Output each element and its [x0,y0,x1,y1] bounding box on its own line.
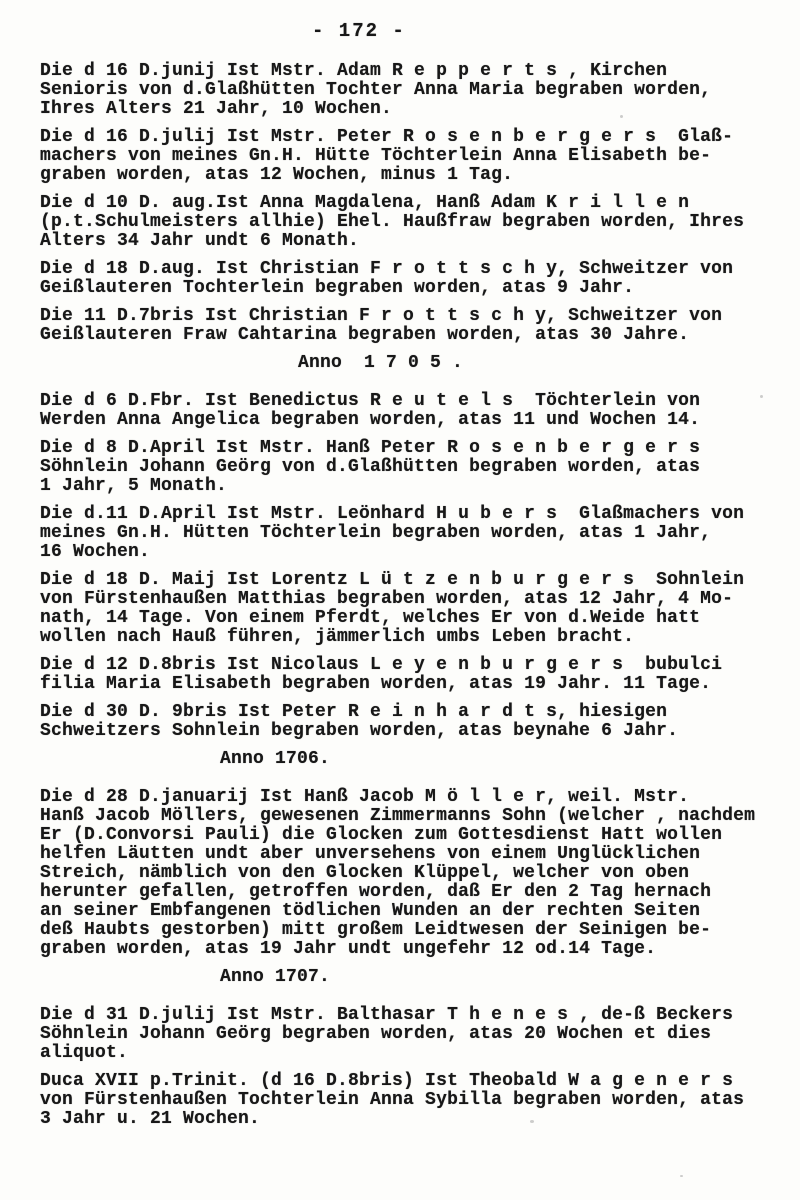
year-heading-1705: Anno 1 7 0 5 . [298,354,772,373]
burial-entry-krillen: Die d 10 D. aug.Ist Anna Magdalena, Hanß… [40,194,772,251]
year-heading-1707: Anno 1707. [220,968,772,987]
burial-entry-wageners: Duca XVII p.Trinit. (d 16 D.8bris) Ist T… [40,1072,772,1129]
burial-entry-hubers: Die d.11 D.April Ist Mstr. Leönhard H u … [40,505,772,562]
page-number: - 172 - [312,22,772,41]
burial-entry-repperts: Die d 16 D.junij Ist Mstr. Adam R e p p … [40,62,772,119]
burial-entry-moller: Die d 28 D.januarij Ist Hanß Jacob M ö l… [40,788,772,959]
scan-speck [530,1120,534,1123]
scan-speck [620,115,623,118]
document-page: - 172 - Die d 16 D.junij Ist Mstr. Adam … [0,0,800,1200]
burial-entry-thenes: Die d 31 D.julij Ist Mstr. Balthasar T h… [40,1006,772,1063]
burial-entry-reinhardts: Die d 30 D. 9bris Ist Peter R e i n h a … [40,703,772,741]
burial-entry-leyenburgers: Die d 12 D.8bris Ist Nicolaus L e y e n … [40,656,772,694]
year-heading-1706: Anno 1706. [220,750,772,769]
scan-speck [760,395,763,398]
burial-entry-frottschy-wife: Die 11 D.7bris Ist Christian F r o t t s… [40,307,772,345]
burial-entry-lutzenburgers: Die d 18 D. Maij Ist Lorentz L ü t z e n… [40,571,772,647]
burial-entry-rosenbergers-daughter: Die d 16 D.julij Ist Mstr. Peter R o s e… [40,128,772,185]
burial-entry-frottschy-daughter: Die d 18 D.aug. Ist Christian F r o t t … [40,260,772,298]
burial-entry-reutels: Die d 6 D.Fbr. Ist Benedictus R e u t e … [40,392,772,430]
burial-entry-rosenbergers-son: Die d 8 D.April Ist Mstr. Hanß Peter R o… [40,439,772,496]
scan-speck [680,1175,683,1177]
